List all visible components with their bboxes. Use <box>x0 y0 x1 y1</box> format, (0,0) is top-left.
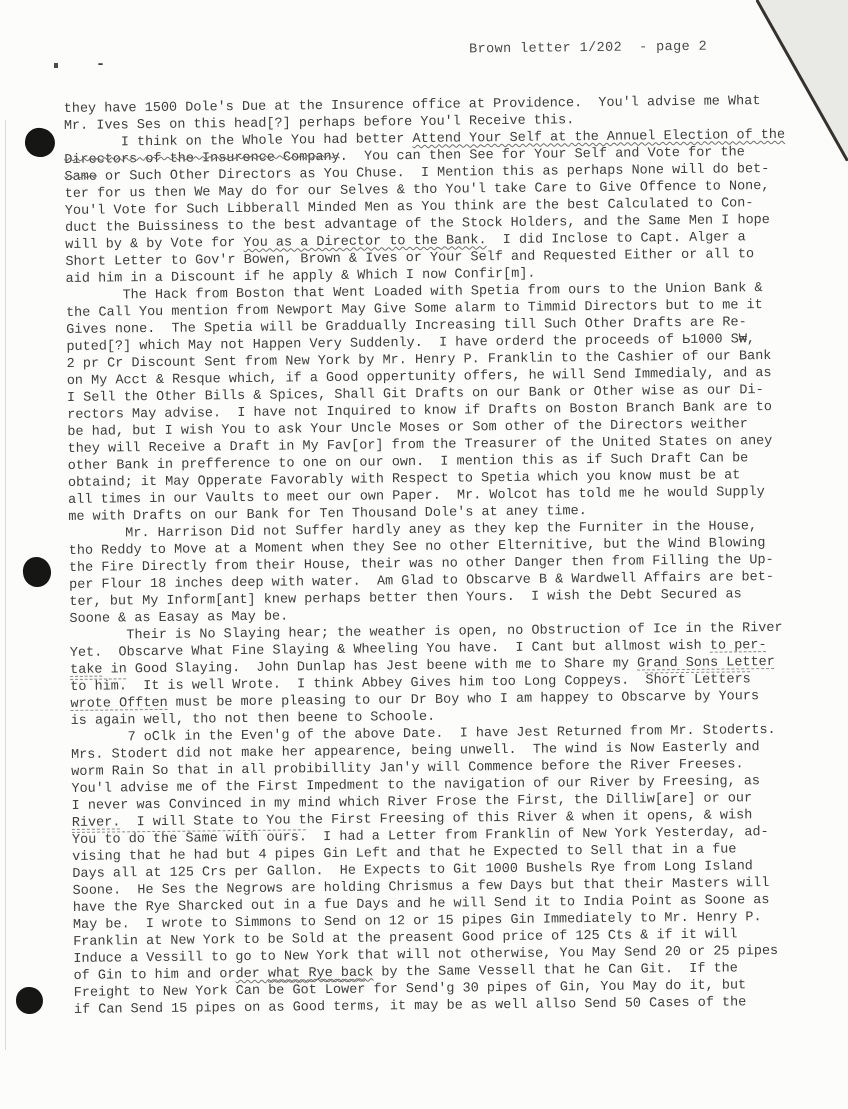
stray-speck-mark <box>54 63 58 68</box>
letter-text-segment: Same <box>64 170 97 185</box>
letter-body: they have 1500 Dole's Due at the Insuren… <box>64 93 819 1019</box>
letter-text-block: Brown letter 1/202 - page 2 they have 15… <box>63 38 819 1019</box>
letter-text-segment: Freight to New York <box>74 984 236 1001</box>
letter-text-segment: wrote Offten <box>70 696 167 712</box>
letter-text-segment: to per- <box>710 638 767 654</box>
letter-text-segment: to him. <box>70 679 127 695</box>
letter-text-segment: Grand Sons Letter <box>637 655 775 672</box>
letter-text-segment: of Gin to him and order <box>73 967 268 984</box>
page-header-label: Brown letter 1/202 - page 2 <box>469 38 808 59</box>
letter-text-segment: Short Letters <box>645 672 750 688</box>
scanned-letter-page: - Brown letter 1/202 - page 2 they have … <box>0 0 848 1109</box>
page-left-edge-line <box>5 120 6 1050</box>
punch-hole-middle <box>22 556 53 589</box>
letter-text-segment: Directors of the Insurence Company <box>64 150 340 168</box>
letter-text-segment: will by & by Vote for <box>65 236 243 253</box>
punch-hole-bottom <box>15 986 44 1015</box>
letter-text-segment: take <box>70 663 103 678</box>
letter-text-segment: River. <box>72 815 121 831</box>
punch-hole-top <box>23 126 57 159</box>
letter-text-segment: Soone & as Easay as May be. <box>69 609 288 626</box>
letter-text-segment: I did Inclose to Capt. Alger a <box>486 230 745 248</box>
letter-text-segment: what Rye back <box>268 966 373 982</box>
letter-text-segment: Can be Got Lower <box>236 983 366 999</box>
letter-text-segment: You to do the Same with ours. <box>72 830 307 848</box>
letter-text-segment: You as a Director to the Bank. <box>243 233 486 251</box>
